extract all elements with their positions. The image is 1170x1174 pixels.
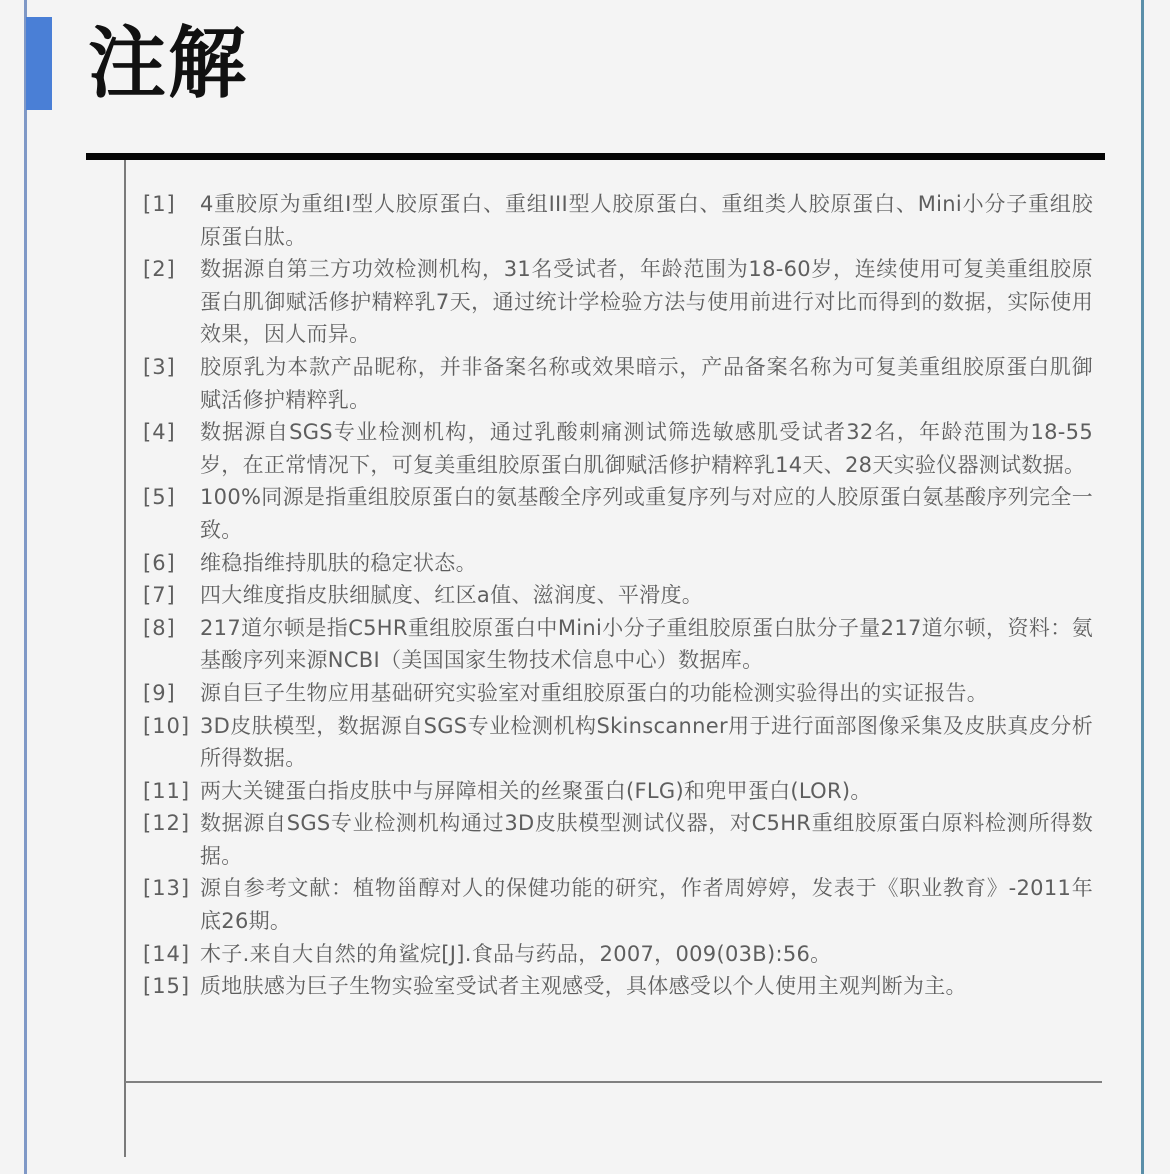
note-number: [13]	[143, 872, 200, 937]
note-item-14: [14] 木子.来自大自然的角鲨烷[J].食品与药品，2007，009(03B)…	[143, 938, 1093, 971]
note-number: [4]	[143, 416, 200, 481]
note-number: [8]	[143, 612, 200, 677]
notes-list: [1] 4重胶原为重组I型人胶原蛋白、重组III型人胶原蛋白、重组类人胶原蛋白、…	[143, 188, 1093, 1003]
note-number: [14]	[143, 938, 200, 971]
note-text: 源自参考文献：植物甾醇对人的保健功能的研究，作者周婷婷，发表于《职业教育》-20…	[200, 872, 1093, 937]
note-text: 木子.来自大自然的角鲨烷[J].食品与药品，2007，009(03B):56。	[200, 938, 1093, 971]
title-accent-block	[26, 17, 52, 110]
note-text: 两大关键蛋白指皮肤中与屏障相关的丝聚蛋白(FLG)和兜甲蛋白(LOR)。	[200, 775, 1093, 808]
page-title: 注解	[88, 14, 248, 114]
right-border-line	[1141, 0, 1144, 1174]
note-item-10: [10] 3D皮肤模型，数据源自SGS专业检测机构Skinscanner用于进行…	[143, 710, 1093, 775]
note-number: [2]	[143, 253, 200, 351]
note-text: 数据源自SGS专业检测机构通过3D皮肤模型测试仪器，对C5HR重组胶原蛋白原料检…	[200, 807, 1093, 872]
note-text: 数据源自第三方功效检测机构，31名受试者，年龄范围为18-60岁，连续使用可复美…	[200, 253, 1093, 351]
note-item-7: [7] 四大维度指皮肤细腻度、红区a值、滋润度、平滑度。	[143, 579, 1093, 612]
note-number: [7]	[143, 579, 200, 612]
note-item-3: [3] 胶原乳为本款产品昵称，并非备案名称或效果暗示，产品备案名称为可复美重组胶…	[143, 351, 1093, 416]
note-item-1: [1] 4重胶原为重组I型人胶原蛋白、重组III型人胶原蛋白、重组类人胶原蛋白、…	[143, 188, 1093, 253]
bottom-divider	[125, 1081, 1102, 1083]
note-number: [9]	[143, 677, 200, 710]
note-text: 源自巨子生物应用基础研究实验室对重组胶原蛋白的功能检测实验得出的实证报告。	[200, 677, 1093, 710]
note-item-2: [2] 数据源自第三方功效检测机构，31名受试者，年龄范围为18-60岁，连续使…	[143, 253, 1093, 351]
note-item-12: [12] 数据源自SGS专业检测机构通过3D皮肤模型测试仪器，对C5HR重组胶原…	[143, 807, 1093, 872]
note-number: [10]	[143, 710, 200, 775]
note-text: 4重胶原为重组I型人胶原蛋白、重组III型人胶原蛋白、重组类人胶原蛋白、Mini…	[200, 188, 1093, 253]
note-item-13: [13] 源自参考文献：植物甾醇对人的保健功能的研究，作者周婷婷，发表于《职业教…	[143, 872, 1093, 937]
note-text: 四大维度指皮肤细腻度、红区a值、滋润度、平滑度。	[200, 579, 1093, 612]
note-number: [6]	[143, 547, 200, 580]
content-vertical-rule	[124, 160, 126, 1157]
title-divider	[86, 153, 1105, 160]
note-item-6: [6] 维稳指维持肌肤的稳定状态。	[143, 547, 1093, 580]
note-item-11: [11] 两大关键蛋白指皮肤中与屏障相关的丝聚蛋白(FLG)和兜甲蛋白(LOR)…	[143, 775, 1093, 808]
note-number: [1]	[143, 188, 200, 253]
note-text: 胶原乳为本款产品昵称，并非备案名称或效果暗示，产品备案名称为可复美重组胶原蛋白肌…	[200, 351, 1093, 416]
note-text: 3D皮肤模型，数据源自SGS专业检测机构Skinscanner用于进行面部图像采…	[200, 710, 1093, 775]
note-item-9: [9] 源自巨子生物应用基础研究实验室对重组胶原蛋白的功能检测实验得出的实证报告…	[143, 677, 1093, 710]
note-item-5: [5] 100%同源是指重组胶原蛋白的氨基酸全序列或重复序列与对应的人胶原蛋白氨…	[143, 481, 1093, 546]
note-number: [3]	[143, 351, 200, 416]
note-text: 质地肤感为巨子生物实验室受试者主观感受，具体感受以个人使用主观判断为主。	[200, 970, 1093, 1003]
note-text: 维稳指维持肌肤的稳定状态。	[200, 547, 1093, 580]
note-text: 100%同源是指重组胶原蛋白的氨基酸全序列或重复序列与对应的人胶原蛋白氨基酸序列…	[200, 481, 1093, 546]
note-item-8: [8] 217道尔顿是指C5HR重组胶原蛋白中Mini小分子重组胶原蛋白肽分子量…	[143, 612, 1093, 677]
note-number: [11]	[143, 775, 200, 808]
note-number: [5]	[143, 481, 200, 546]
note-item-15: [15] 质地肤感为巨子生物实验室受试者主观感受，具体感受以个人使用主观判断为主…	[143, 970, 1093, 1003]
note-number: [12]	[143, 807, 200, 872]
note-number: [15]	[143, 970, 200, 1003]
note-text: 数据源自SGS专业检测机构，通过乳酸刺痛测试筛选敏感肌受试者32名，年龄范围为1…	[200, 416, 1093, 481]
left-border-line	[24, 0, 27, 1174]
note-text: 217道尔顿是指C5HR重组胶原蛋白中Mini小分子重组胶原蛋白肽分子量217道…	[200, 612, 1093, 677]
note-item-4: [4] 数据源自SGS专业检测机构，通过乳酸刺痛测试筛选敏感肌受试者32名，年龄…	[143, 416, 1093, 481]
